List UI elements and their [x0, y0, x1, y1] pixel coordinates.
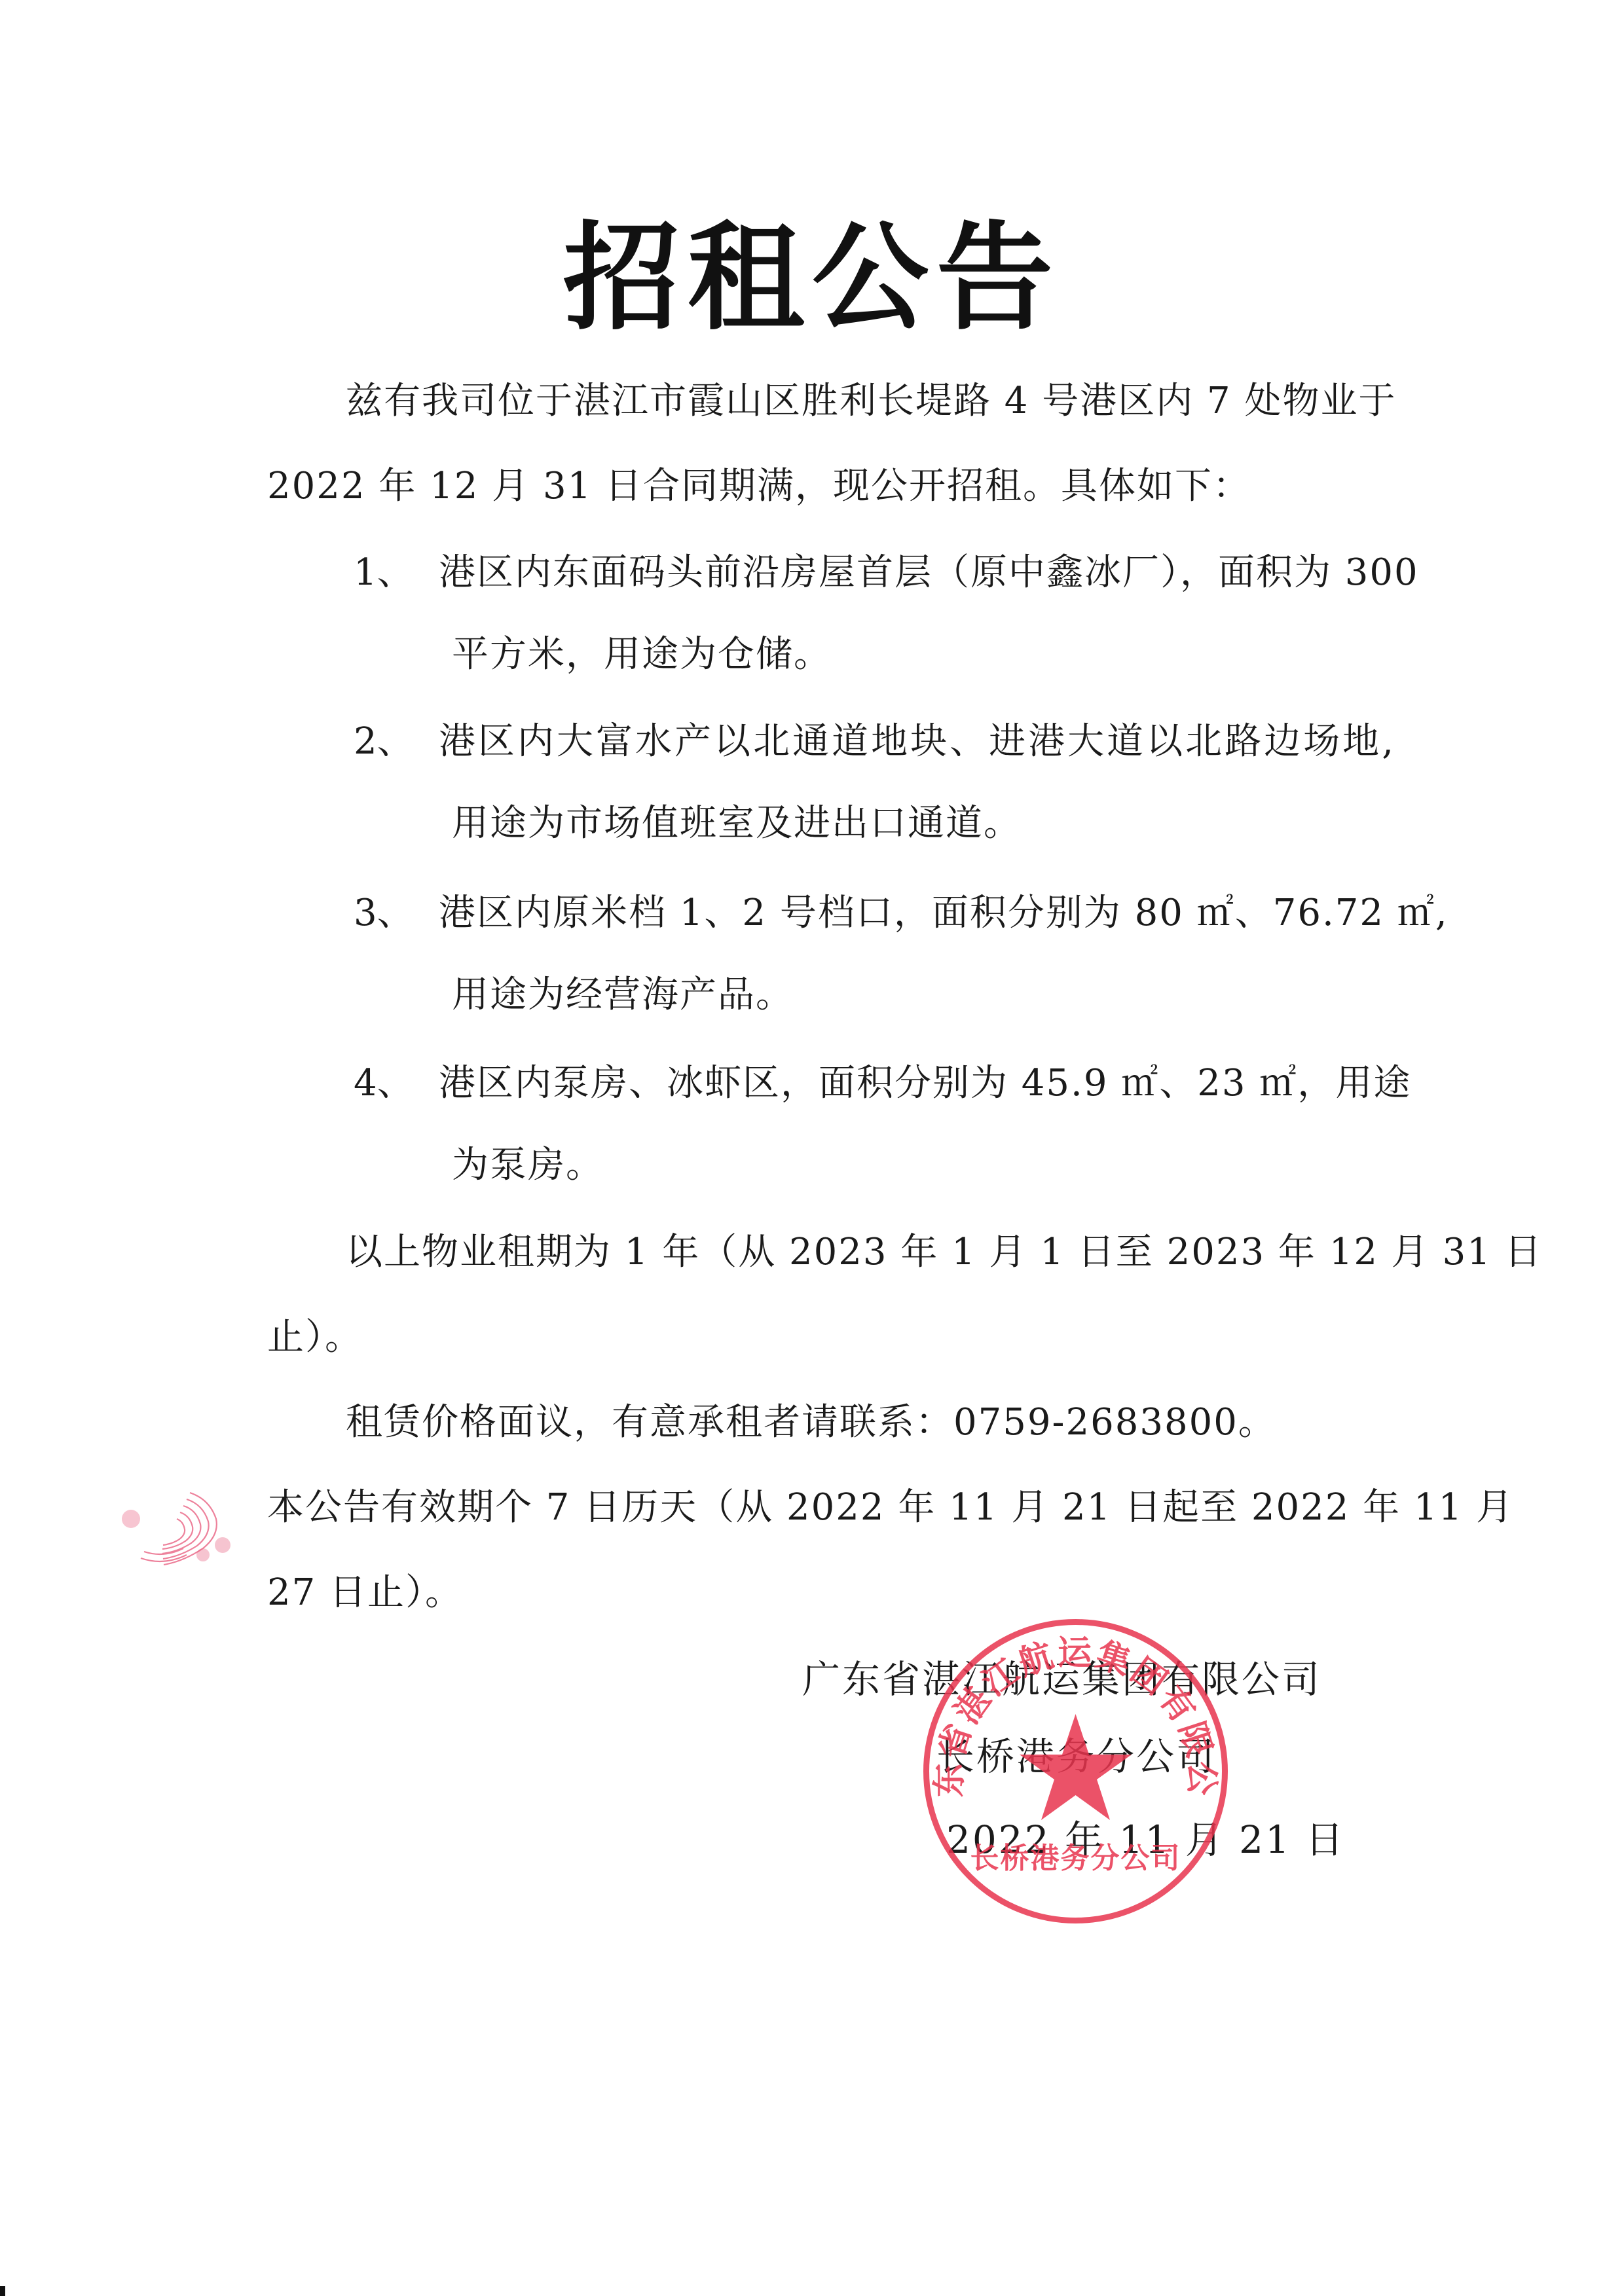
item-number: 4、: [354, 1061, 414, 1106]
lease-term-line-2: 止）。: [267, 1315, 363, 1360]
item-line-1: 港区内东面码头前沿房屋首层（原中鑫冰厂），面积为 300: [439, 550, 1395, 596]
lease-term-line-1: 以上物业租期为 1 年（从 2023 年 1 月 1 日至 2023 年 12 …: [346, 1230, 1393, 1275]
signature-date: 2022 年 11 月 21 日: [946, 1817, 1345, 1863]
item-line-2: 平方米，用途为仓储。: [452, 632, 832, 678]
item-line-2: 用途为经营海产品。: [452, 972, 794, 1018]
intro-line-2: 2022 年 12 月 31 日合同期满，现公开招租。具体如下：: [267, 464, 1251, 509]
item-line-2: 为泵房。: [452, 1142, 604, 1188]
item-line-2: 用途为市场值班室及进出口通道。: [452, 801, 1022, 847]
item-number: 1、: [354, 550, 414, 596]
validity-line-2: 27 日止）。: [267, 1570, 463, 1616]
contact-line: 租赁价格面议，有意承租者请联系：0759-2683800。: [346, 1400, 1276, 1446]
item-line-1: 港区内泵房、冰虾区，面积分别为 45.9 ㎡、23 ㎡，用途: [439, 1061, 1395, 1106]
signature-company: 广东省湛江航运集团有限公司: [802, 1656, 1321, 1702]
intro-line-1: 兹有我司位于湛江市霞山区胜利长堤路 4 号港区内 7 处物业于: [346, 378, 1393, 424]
validity-line-1: 本公告有效期个 7 日历天（从 2022 年 11 月 21 日起至 2022 …: [267, 1485, 1393, 1531]
signature-branch: 长桥港务分公司: [936, 1734, 1216, 1779]
item-line-1: 港区内原米档 1、2 号档口，面积分别为 80 ㎡、76.72 ㎡,: [439, 890, 1395, 936]
item-line-1: 港区内大富水产以北通道地块、进港大道以北路边场地,: [439, 719, 1395, 765]
page-title: 招租公告: [0, 213, 1624, 344]
item-number: 2、: [354, 719, 414, 765]
scan-edge-mark: [0, 2286, 5, 2296]
item-number: 3、: [354, 890, 414, 936]
fingerprint-mark-icon: [105, 1467, 255, 1578]
